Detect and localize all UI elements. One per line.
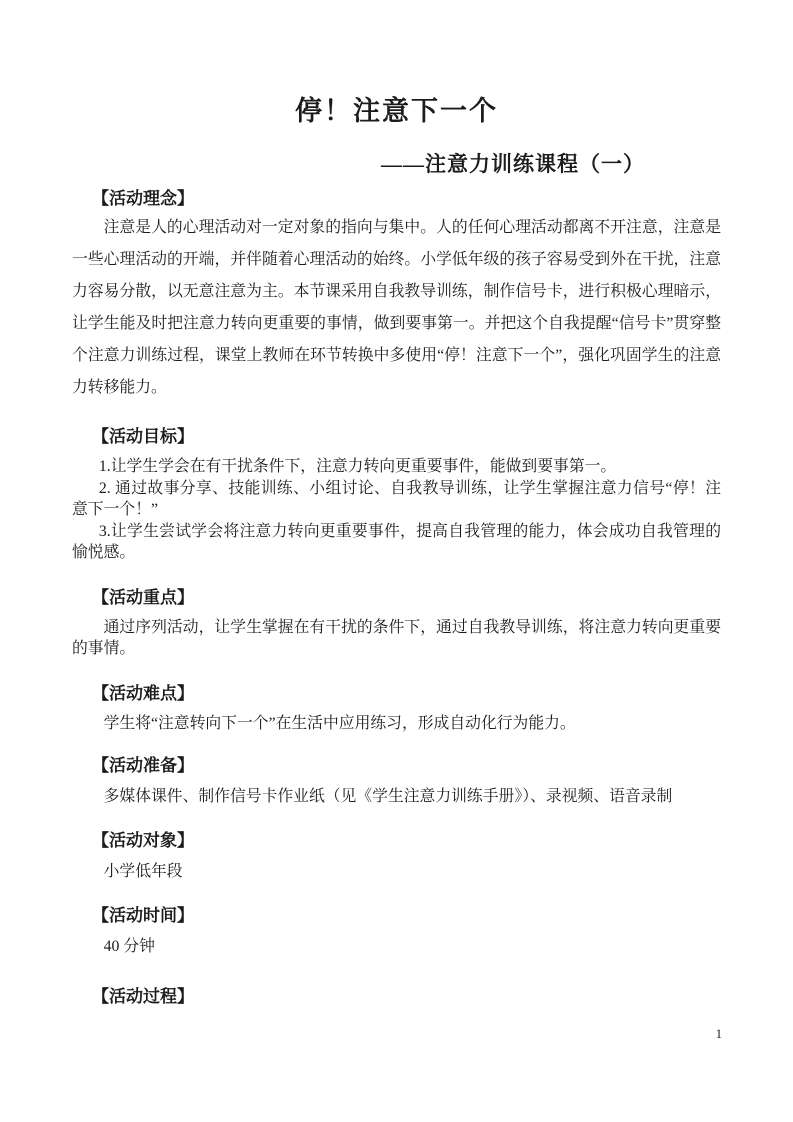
document-page: 停！注意下一个 ——注意力训练课程（一） 【活动理念】 注意是人的心理活动对一定… <box>0 0 793 1122</box>
section-paragraph: 40 分钟 <box>72 936 721 958</box>
section-heading: 【活动对象】 <box>92 830 721 852</box>
section-activity-materials: 【活动准备】 多媒体课件、制作信号卡作业纸（见《学生注意力训练手册》）、录视频、… <box>72 755 721 808</box>
section-paragraph: 多媒体课件、制作信号卡作业纸（见《学生注意力训练手册》）、录视频、语音录制 <box>72 786 721 808</box>
goal-item: 1.让学生学会在有干扰条件下，注意力转向更重要事件，能做到要事第一。 <box>72 456 721 478</box>
section-heading: 【活动目标】 <box>92 426 721 448</box>
section-activity-focus: 【活动重点】 通过序列活动，让学生掌握在有干扰的条件下，通过自我教导训练，将注意… <box>72 587 721 660</box>
section-activity-duration: 【活动时间】 40 分钟 <box>72 905 721 958</box>
page-number: 1 <box>716 1026 722 1042</box>
section-paragraph: 注意是人的心理活动对一定对象的指向与集中。人的任何心理活动都离不开注意，注意是一… <box>72 212 721 404</box>
section-paragraph: 通过序列活动，让学生掌握在有干扰的条件下，通过自我教导训练，将注意力转向更重要的… <box>72 617 721 660</box>
section-heading: 【活动难点】 <box>92 683 721 705</box>
section-activity-concept: 【活动理念】 注意是人的心理活动对一定对象的指向与集中。人的任何心理活动都离不开… <box>72 188 721 404</box>
section-paragraph: 学生将“注意转向下一个”在生活中应用练习，形成自动化行为能力。 <box>72 713 721 735</box>
section-activity-process: 【活动过程】 <box>72 986 721 1008</box>
document-title: 停！注意下一个 <box>72 94 721 128</box>
section-paragraph: 小学低年段 <box>72 861 721 883</box>
document-subtitle: ——注意力训练课程（一） <box>72 150 721 178</box>
section-heading: 【活动重点】 <box>92 587 721 609</box>
goal-item: 3.让学生尝试学会将注意力转向更重要事件，提高自我管理的能力，体会成功自我管理的… <box>72 521 721 564</box>
goal-item: 2. 通过故事分享、技能训练、小组讨论、自我教导训练，让学生掌握注意力信号“停！… <box>72 478 721 521</box>
section-activity-goals: 【活动目标】 1.让学生学会在有干扰条件下，注意力转向更重要事件，能做到要事第一… <box>72 426 721 564</box>
section-heading: 【活动理念】 <box>92 188 721 210</box>
goal-list: 1.让学生学会在有干扰条件下，注意力转向更重要事件，能做到要事第一。 2. 通过… <box>72 456 721 564</box>
section-activity-difficulty: 【活动难点】 学生将“注意转向下一个”在生活中应用练习，形成自动化行为能力。 <box>72 683 721 735</box>
section-heading: 【活动时间】 <box>92 905 721 927</box>
section-activity-audience: 【活动对象】 小学低年段 <box>72 830 721 883</box>
section-heading: 【活动准备】 <box>92 755 721 777</box>
section-heading: 【活动过程】 <box>92 986 721 1008</box>
